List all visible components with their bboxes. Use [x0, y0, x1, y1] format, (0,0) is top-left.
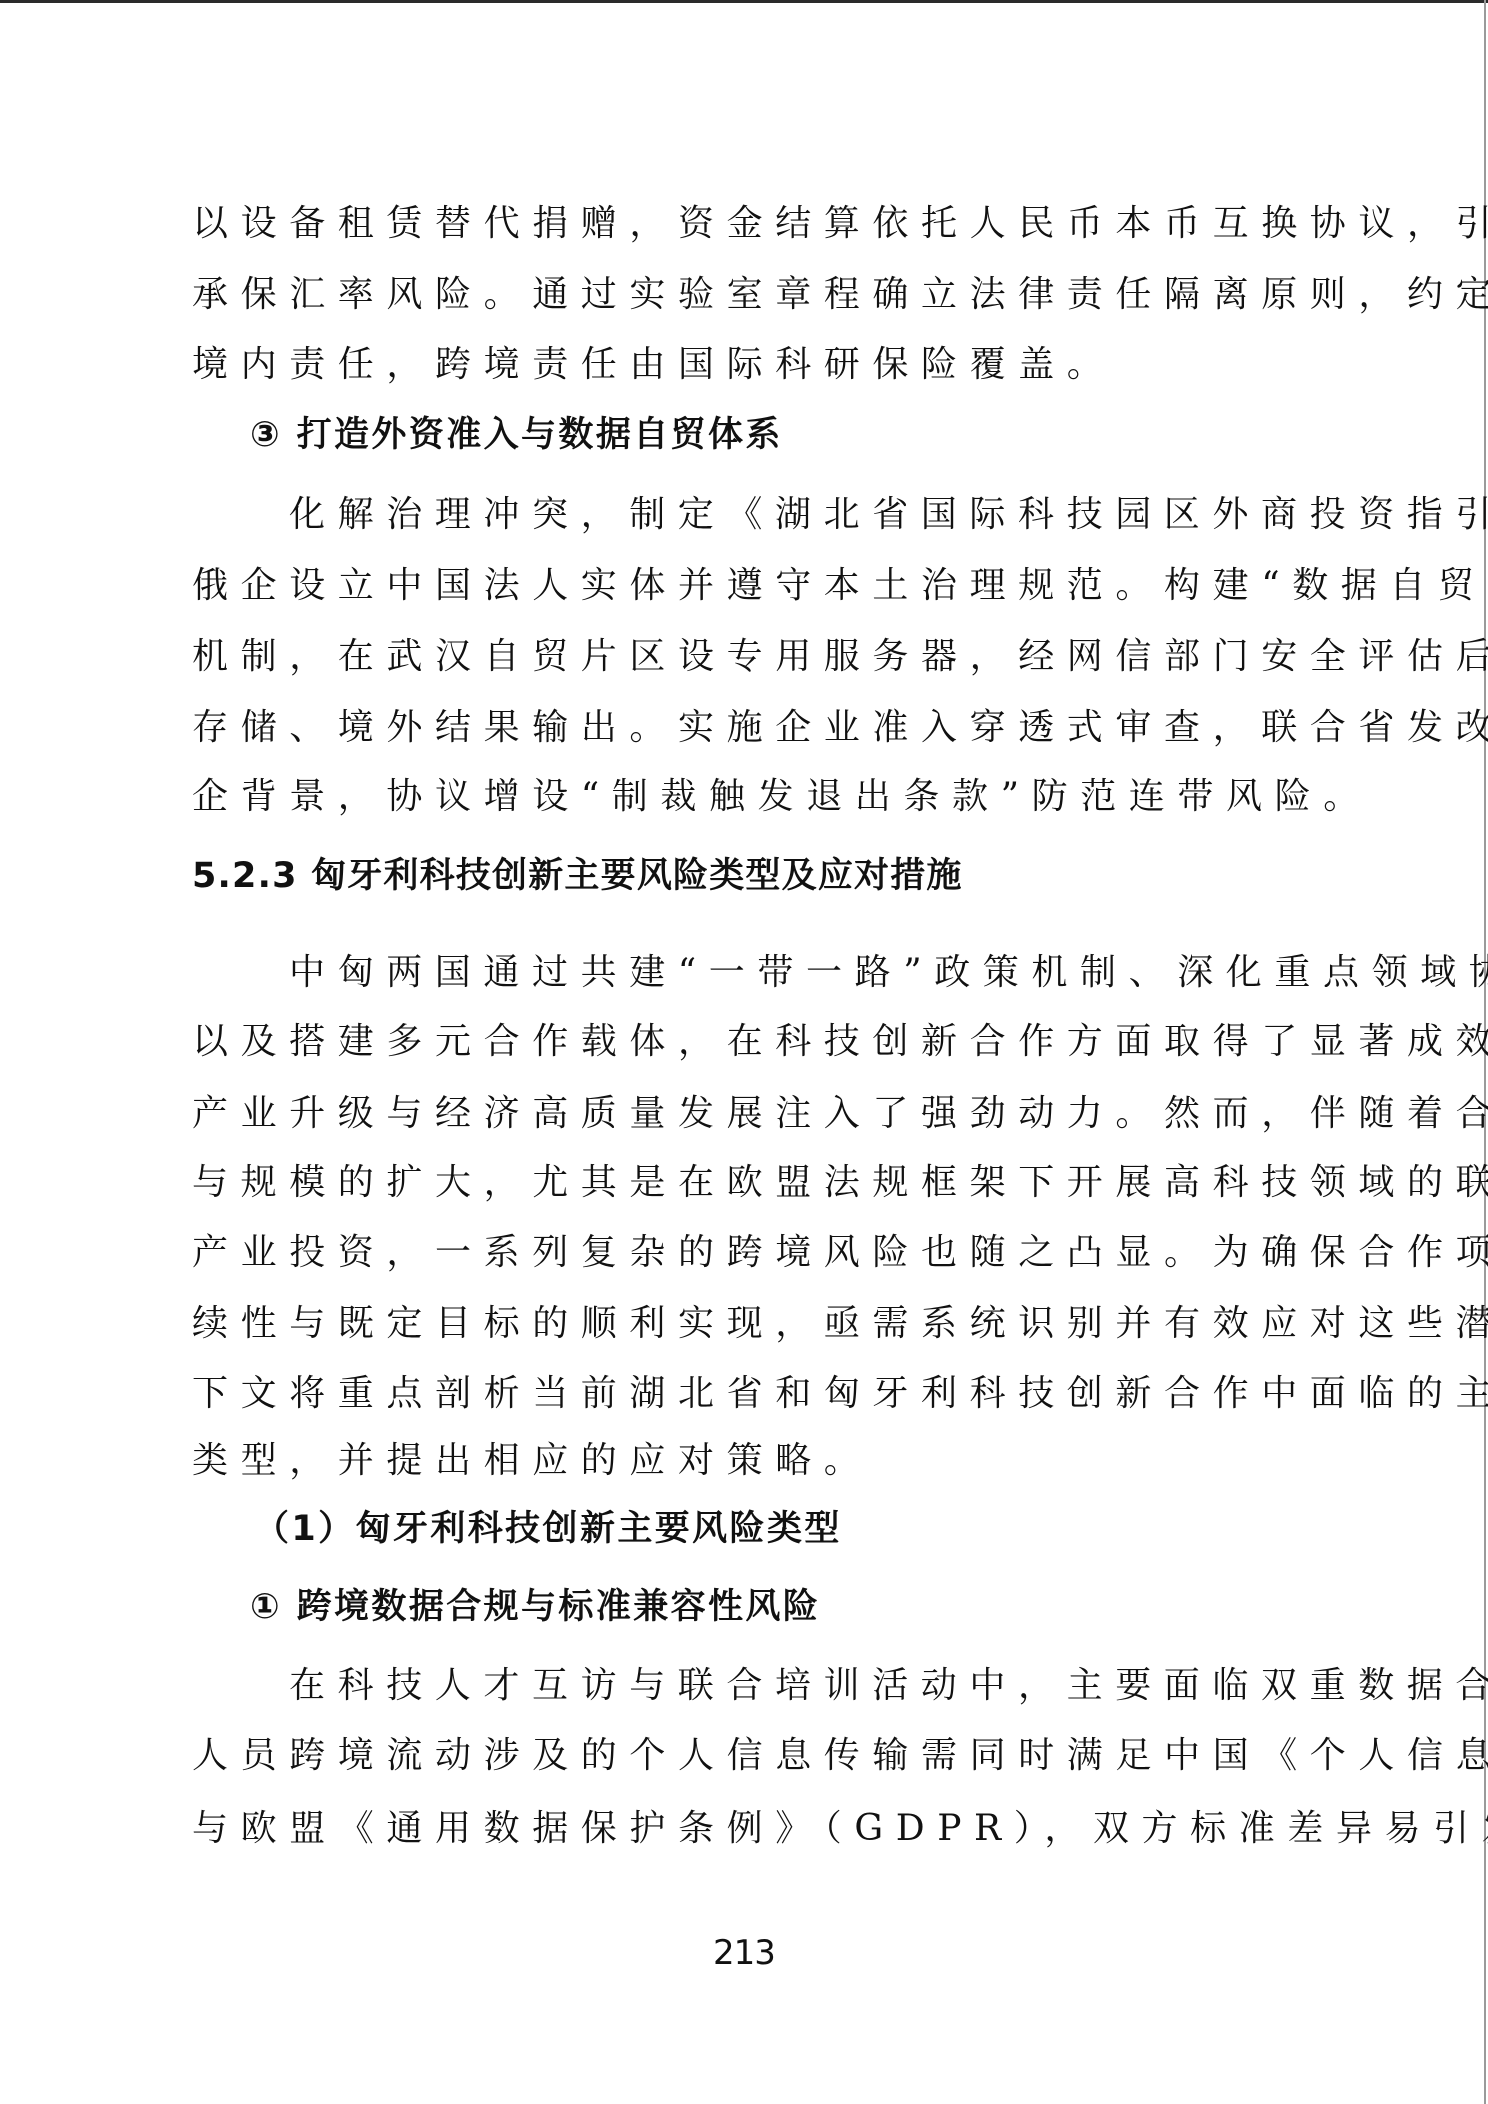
- paragraph-line: 产业升级与经济高质量发展注入了强劲动力。然而，伴随着合作的深化: [192, 1086, 1262, 1142]
- page-top-border: [0, 0, 1488, 3]
- paragraph-line: 与欧盟《通用数据保护条例》（GDPR），双方标准差异易引发合规冲: [192, 1801, 1262, 1857]
- subsection-heading-circled-1: ① 跨境数据合规与标准兼容性风险: [192, 1579, 1320, 1635]
- paragraph-line: 企背景，协议增设“制裁触发退出条款”防范连带风险。: [192, 769, 1262, 825]
- paragraph-first-line: 化解治理冲突，制定《湖北省国际科技园区外商投资指引》，强制: [192, 487, 1262, 543]
- paragraph-line: 存储、境外结果输出。实施企业准入穿透式审查，联合省发改委筛查俄: [192, 700, 1262, 756]
- paragraph-line: 续性与既定目标的顺利实现，亟需系统识别并有效应对这些潜在挑战。: [192, 1296, 1262, 1352]
- paragraph-line: 产业投资，一系列复杂的跨境风险也随之凸显。为确保合作项目的可持: [192, 1225, 1262, 1281]
- paragraph-line: 俄企设立中国法人实体并遵守本土治理规范。构建“数据自贸区”试点: [192, 558, 1262, 614]
- paragraph-line: 以设备租赁替代捐赠，资金结算依托人民币本币互换协议，引入中信保: [192, 196, 1262, 252]
- section-heading: 5.2.3 匈牙利科技创新主要风险类型及应对措施: [192, 848, 1262, 904]
- paragraph-line: 承保汇率风险。通过实验室章程确立法律责任隔离原则，约定各方承担: [192, 267, 1262, 323]
- subsection-heading-1: （1）匈牙利科技创新主要风险类型: [192, 1501, 1324, 1557]
- paragraph-line: 下文将重点剖析当前湖北省和匈牙利科技创新合作中面临的主要风险: [192, 1366, 1262, 1422]
- paragraph-line: 类型，并提出相应的应对策略。: [192, 1433, 1262, 1489]
- paragraph-line: 机制，在武汉自贸片区设专用服务器，经网信部门安全评估后实现境内: [192, 629, 1262, 685]
- page-number: 213: [0, 1928, 1488, 1978]
- paragraph-line: 人员跨境流动涉及的个人信息传输需同时满足中国《个人信息保护法》: [192, 1728, 1262, 1784]
- paragraph-first-line: 在科技人才互访与联合培训活动中，主要面临双重数据合规挑战：: [192, 1658, 1262, 1714]
- paragraph-line: 境内责任，跨境责任由国际科研保险覆盖。: [192, 337, 1262, 393]
- subsection-heading-3: ③ 打造外资准入与数据自贸体系: [192, 407, 1320, 463]
- paragraph-line: 与规模的扩大，尤其是在欧盟法规框架下开展高科技领域的联合研发与: [192, 1155, 1262, 1211]
- paragraph-line: 以及搭建多元合作载体，在科技创新合作方面取得了显著成效，为双方: [192, 1014, 1262, 1070]
- paragraph-first-line: 中匈两国通过共建“一带一路”政策机制、深化重点领域协同创新: [192, 945, 1262, 1001]
